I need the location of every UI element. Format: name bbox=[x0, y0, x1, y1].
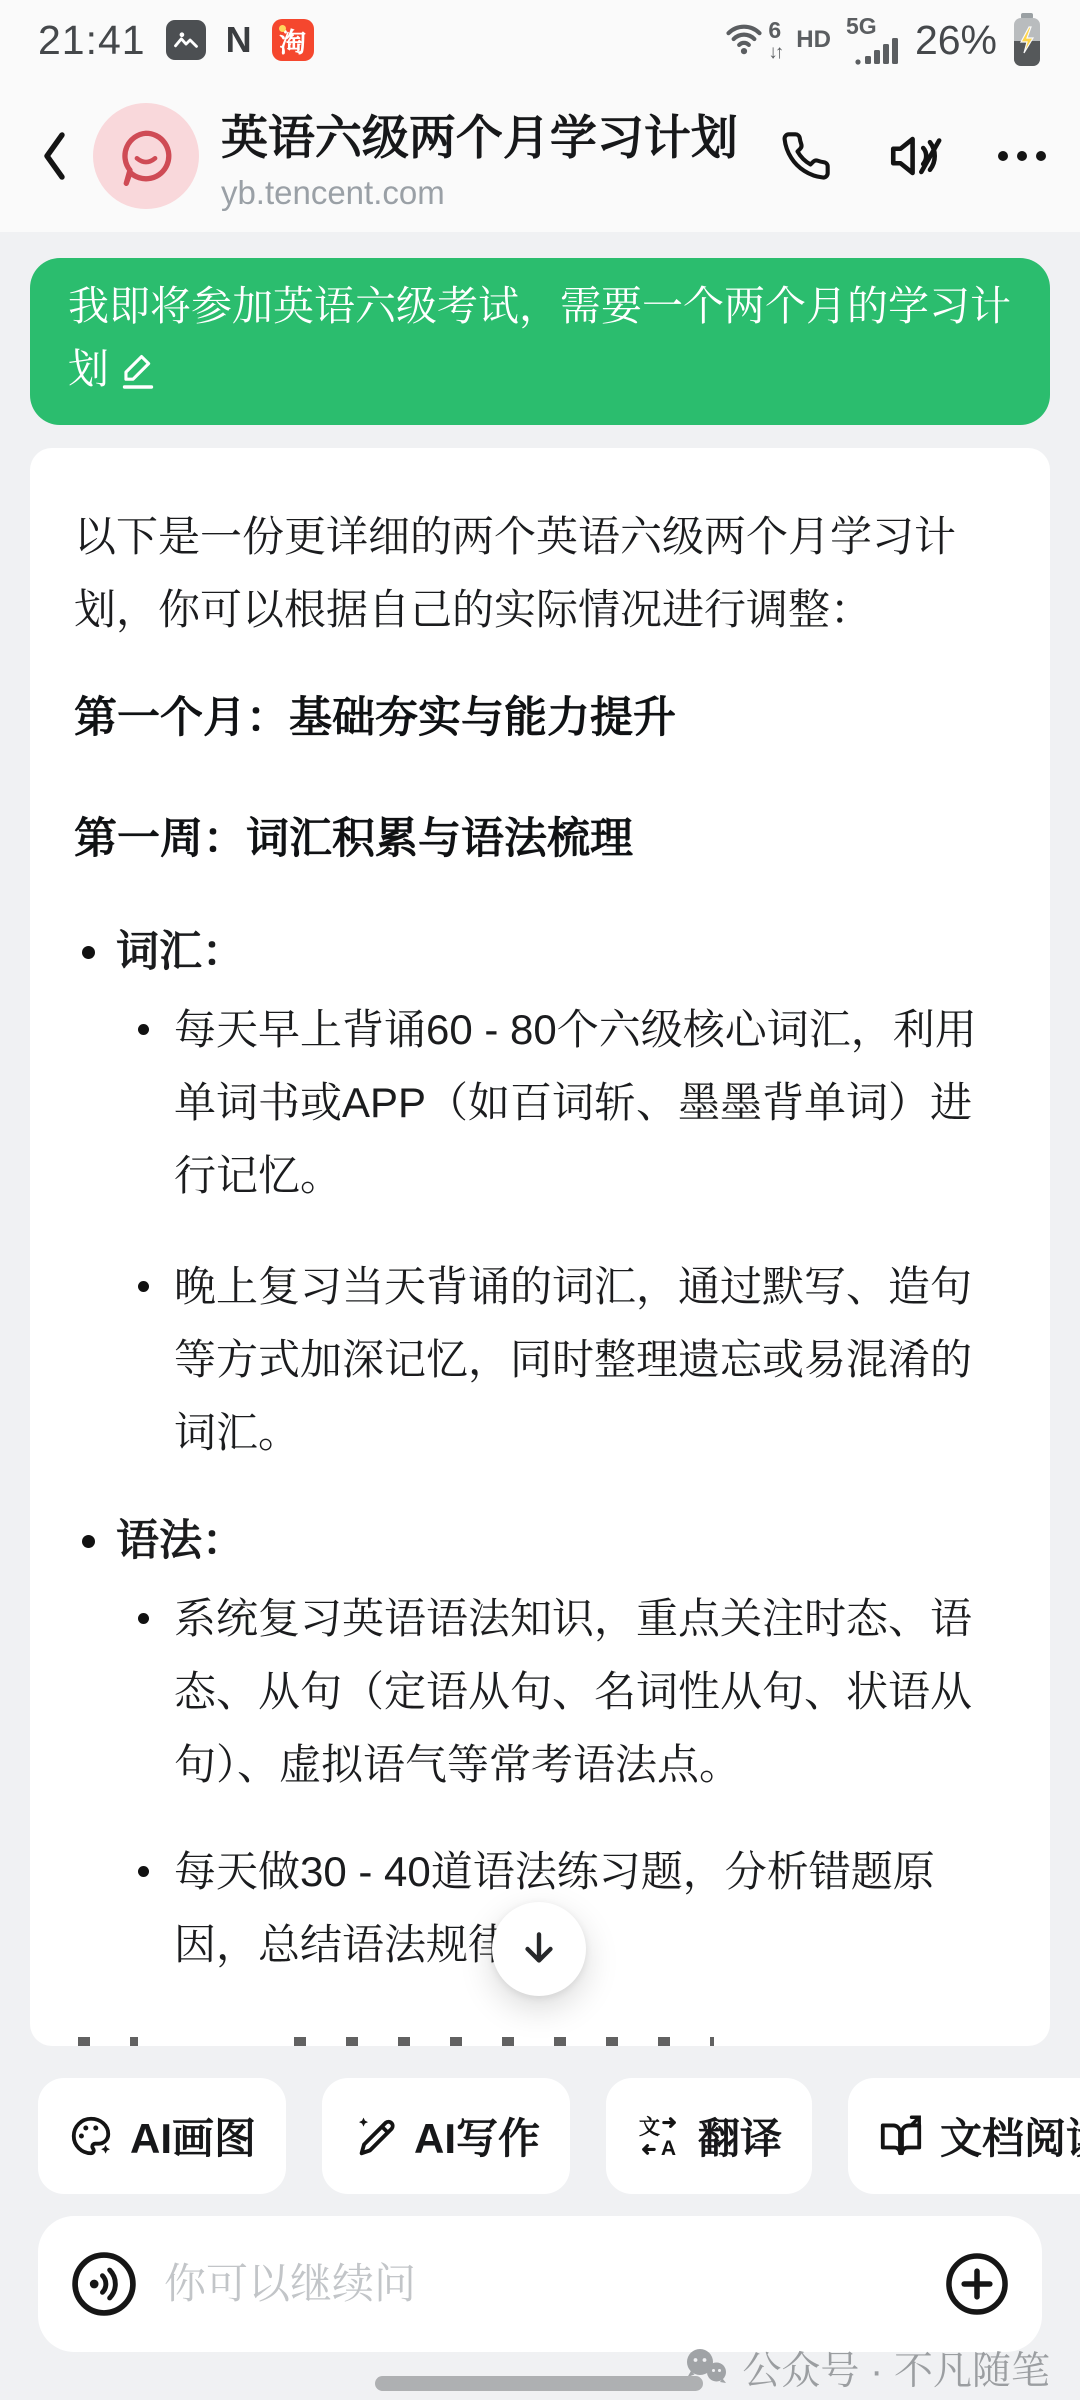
ai-intro-text: 以下是一份更详细的两个英语六级两个月学习计划，你可以根据自己的实际情况进行调整： bbox=[74, 500, 1006, 646]
message-input[interactable] bbox=[164, 2260, 918, 2308]
svg-text:A: A bbox=[661, 2137, 676, 2159]
add-attachment-button[interactable] bbox=[944, 2251, 1010, 2317]
clipped-text-fragment bbox=[74, 2037, 1006, 2046]
status-bar-right: 6 ↓↑ HD 5G 26% bbox=[722, 13, 1042, 67]
pencil-edit-icon bbox=[121, 350, 155, 390]
time-label: 21:41 bbox=[38, 17, 146, 64]
wifi-icon: 6 ↓↑ bbox=[722, 19, 781, 62]
conversation-title: 英语六级两个月学习计划 bbox=[221, 101, 726, 168]
toolbar-chip-translate[interactable]: 文 A 翻译 bbox=[606, 2078, 812, 2194]
battery-charging-icon bbox=[1012, 13, 1042, 67]
message-input-bar bbox=[38, 2216, 1042, 2352]
gallery-icon bbox=[166, 20, 206, 60]
home-indicator[interactable] bbox=[375, 2376, 703, 2391]
vocab-bullet-label: 词汇： bbox=[74, 916, 1006, 989]
phone-screen: 21:41 N 淘 6 ↓↑ HD 5G 26% bbox=[0, 0, 1080, 2400]
phone-icon bbox=[780, 130, 832, 182]
pencil-sparkle-icon bbox=[352, 2113, 398, 2159]
status-bar-left: 21:41 N 淘 bbox=[38, 17, 314, 64]
back-chevron-icon bbox=[38, 126, 74, 186]
call-button[interactable] bbox=[780, 130, 832, 182]
grammar-bullet-label: 语法： bbox=[74, 1505, 1006, 1578]
toolbar-chip-ai-draw[interactable]: AI画图 bbox=[38, 2078, 286, 2194]
nfc-icon: N bbox=[226, 19, 252, 61]
app-header: 英语六级两个月学习计划 yb.tencent.com bbox=[0, 80, 1080, 232]
translate-icon: 文 A bbox=[636, 2113, 682, 2159]
wechat-watermark: 公众号 · 不凡随笔 bbox=[682, 2340, 1050, 2396]
week-heading: 第一周：词汇积累与语法梳理 bbox=[74, 803, 1006, 876]
toolbar-chip-label: 文档阅读 bbox=[940, 2106, 1080, 2166]
vocab-item-1: 每天早上背诵60 - 80个六级核心词汇，利用单词书或APP（如百词斩、墨墨背单… bbox=[74, 993, 1006, 1212]
quick-actions-toolbar: AI画图 AI写作 文 A 翻译 文档阅读 网 bbox=[0, 2078, 1080, 2198]
toolbar-chip-label: 翻译 bbox=[698, 2106, 782, 2166]
month-heading: 第一个月：基础夯实与能力提升 bbox=[74, 682, 1006, 755]
voice-input-button[interactable] bbox=[70, 2250, 138, 2318]
signal-indicator: 5G bbox=[846, 13, 900, 67]
status-bar: 21:41 N 淘 6 ↓↑ HD 5G 26% bbox=[0, 0, 1080, 80]
ellipsis-icon bbox=[998, 151, 1046, 161]
book-open-icon bbox=[878, 2113, 924, 2159]
voice-icon bbox=[70, 2250, 138, 2318]
ai-response-card: 以下是一份更详细的两个英语六级两个月学习计划，你可以根据自己的实际情况进行调整：… bbox=[30, 448, 1050, 2046]
hd-badge: HD bbox=[796, 26, 831, 54]
avatar-chat-bubble-icon bbox=[105, 115, 187, 197]
toolbar-chip-ai-writing[interactable]: AI写作 bbox=[322, 2078, 570, 2194]
conversation-subtitle: yb.tencent.com bbox=[221, 174, 726, 212]
arrow-down-icon bbox=[514, 1924, 564, 1974]
wifi-meta: 6 ↓↑ bbox=[768, 19, 781, 62]
back-button[interactable] bbox=[34, 121, 79, 191]
wifi-number-badge: 6 bbox=[768, 19, 781, 42]
signal-bars-icon bbox=[854, 35, 900, 65]
study-plan-list: 词汇： 每天早上背诵60 - 80个六级核心词汇，利用单词书或APP（如百词斩、… bbox=[74, 916, 1006, 1981]
more-button[interactable] bbox=[998, 151, 1046, 161]
toolbar-chip-label: AI写作 bbox=[414, 2106, 540, 2166]
wifi-updown-arrows: ↓↑ bbox=[768, 43, 781, 62]
speaker-muted-icon bbox=[886, 127, 944, 185]
taobao-icon: 淘 bbox=[272, 19, 314, 61]
toolbar-chip-document-reading[interactable]: 文档阅读 bbox=[848, 2078, 1080, 2194]
user-message-text: 我即将参加英语六级考试，需要一个两个月的学习计划 bbox=[68, 283, 1011, 392]
palette-icon bbox=[68, 2113, 114, 2159]
conversation-title-area[interactable]: 英语六级两个月学习计划 yb.tencent.com bbox=[221, 101, 726, 212]
vocab-item-2: 晚上复习当天背诵的词汇，通过默写、造句等方式加深记忆，同时整理遗忘或易混淆的词汇… bbox=[74, 1250, 1006, 1469]
plus-circle-icon bbox=[944, 2251, 1010, 2317]
edit-message-button[interactable] bbox=[121, 345, 155, 408]
user-message-bubble: 我即将参加英语六级考试，需要一个两个月的学习计划 bbox=[30, 258, 1050, 425]
battery-percent: 26% bbox=[915, 17, 997, 64]
scroll-to-bottom-button[interactable] bbox=[492, 1902, 586, 1996]
grammar-item-1: 系统复习英语语法知识，重点关注时态、语态、从句（定语从句、名词性从句、状语从句）… bbox=[74, 1582, 1006, 1801]
mute-button[interactable] bbox=[886, 127, 944, 185]
svg-text:文: 文 bbox=[639, 2115, 660, 2139]
toolbar-chip-label: AI画图 bbox=[130, 2106, 256, 2166]
assistant-avatar bbox=[93, 103, 199, 209]
watermark-text: 公众号 · 不凡随笔 bbox=[742, 2340, 1050, 2396]
